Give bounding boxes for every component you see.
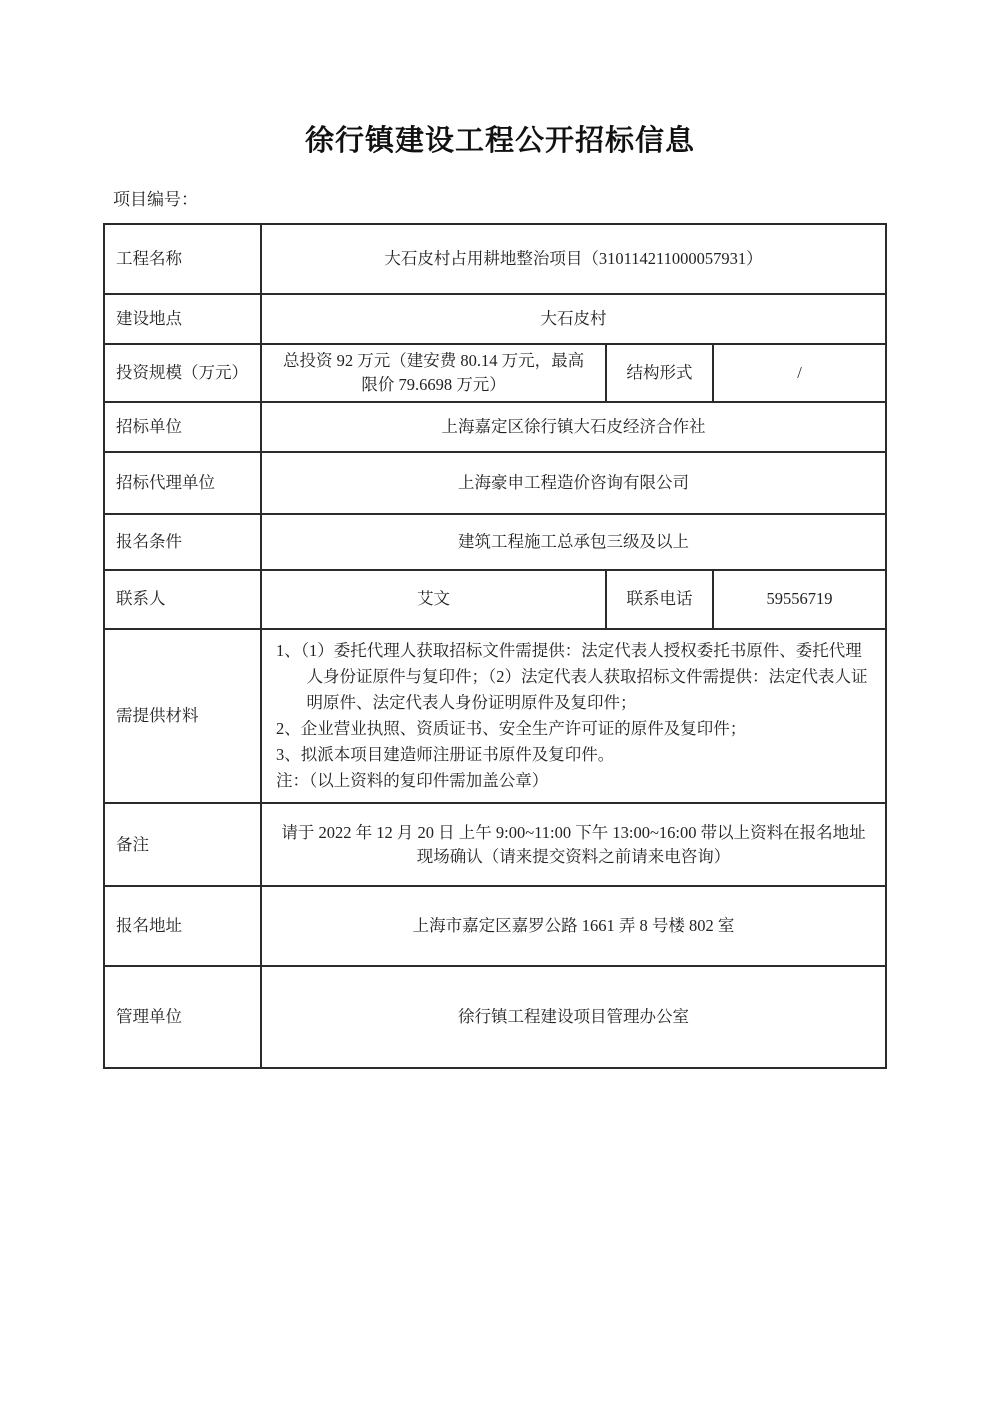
conditions-value: 建筑工程施工总承包三级及以上 — [261, 514, 886, 570]
structure-type-label: 结构形式 — [606, 344, 713, 402]
project-name-value: 大石皮村占用耕地整治项目（310114211000057931） — [261, 224, 886, 294]
address-value: 上海市嘉定区嘉罗公路 1661 弄 8 号楼 802 室 — [261, 886, 886, 966]
row-materials: 需提供材料 1、（1）委托代理人获取招标文件需提供：法定代表人授权委托书原件、委… — [104, 629, 886, 803]
location-value: 大石皮村 — [261, 294, 886, 344]
conditions-label: 报名条件 — [104, 514, 261, 570]
row-remark: 备注 请于 2022 年 12 月 20 日 上午 9:00~11:00 下午 … — [104, 803, 886, 886]
page-title: 徐行镇建设工程公开招标信息 — [0, 0, 1000, 159]
row-tender-unit: 招标单位 上海嘉定区徐行镇大石皮经济合作社 — [104, 402, 886, 452]
address-label: 报名地址 — [104, 886, 261, 966]
materials-value: 1、（1）委托代理人获取招标文件需提供：法定代表人授权委托书原件、委托代理人身份… — [261, 629, 886, 803]
row-project-name: 工程名称 大石皮村占用耕地整治项目（310114211000057931） — [104, 224, 886, 294]
investment-label: 投资规模（万元） — [104, 344, 261, 402]
remark-value: 请于 2022 年 12 月 20 日 上午 9:00~11:00 下午 13:… — [261, 803, 886, 886]
row-address: 报名地址 上海市嘉定区嘉罗公路 1661 弄 8 号楼 802 室 — [104, 886, 886, 966]
tender-unit-label: 招标单位 — [104, 402, 261, 452]
materials-item-2: 2、企业营业执照、资质证书、安全生产许可证的原件及复印件； — [276, 716, 873, 742]
row-conditions: 报名条件 建筑工程施工总承包三级及以上 — [104, 514, 886, 570]
contact-label: 联系人 — [104, 570, 261, 629]
remark-label: 备注 — [104, 803, 261, 886]
contact-value: 艾文 — [261, 570, 606, 629]
row-contact: 联系人 艾文 联系电话 59556719 — [104, 570, 886, 629]
materials-item-1: 1、（1）委托代理人获取招标文件需提供：法定代表人授权委托书原件、委托代理人身份… — [276, 638, 873, 716]
row-investment: 投资规模（万元） 总投资 92 万元（建安费 80.14 万元，最高限价 79.… — [104, 344, 886, 402]
phone-label: 联系电话 — [606, 570, 713, 629]
materials-label: 需提供材料 — [104, 629, 261, 803]
row-location: 建设地点 大石皮村 — [104, 294, 886, 344]
row-management: 管理单位 徐行镇工程建设项目管理办公室 — [104, 966, 886, 1068]
tender-info-table: 工程名称 大石皮村占用耕地整治项目（310114211000057931） 建设… — [103, 223, 887, 1069]
project-number-label: 项目编号： — [113, 185, 1000, 210]
materials-item-3: 3、拟派本项目建造师注册证书原件及复印件。 — [276, 742, 873, 768]
location-label: 建设地点 — [104, 294, 261, 344]
agency-label: 招标代理单位 — [104, 452, 261, 514]
structure-type-value: / — [713, 344, 886, 402]
document-page: { "page_title": "徐行镇建设工程公开招标信息", "projec… — [0, 0, 1000, 1414]
row-agency: 招标代理单位 上海豪申工程造价咨询有限公司 — [104, 452, 886, 514]
project-name-label: 工程名称 — [104, 224, 261, 294]
tender-unit-value: 上海嘉定区徐行镇大石皮经济合作社 — [261, 402, 886, 452]
investment-value: 总投资 92 万元（建安费 80.14 万元，最高限价 79.6698 万元） — [261, 344, 606, 402]
management-value: 徐行镇工程建设项目管理办公室 — [261, 966, 886, 1068]
agency-value: 上海豪申工程造价咨询有限公司 — [261, 452, 886, 514]
management-label: 管理单位 — [104, 966, 261, 1068]
materials-note: 注：（以上资料的复印件需加盖公章） — [276, 768, 873, 794]
phone-value: 59556719 — [713, 570, 886, 629]
